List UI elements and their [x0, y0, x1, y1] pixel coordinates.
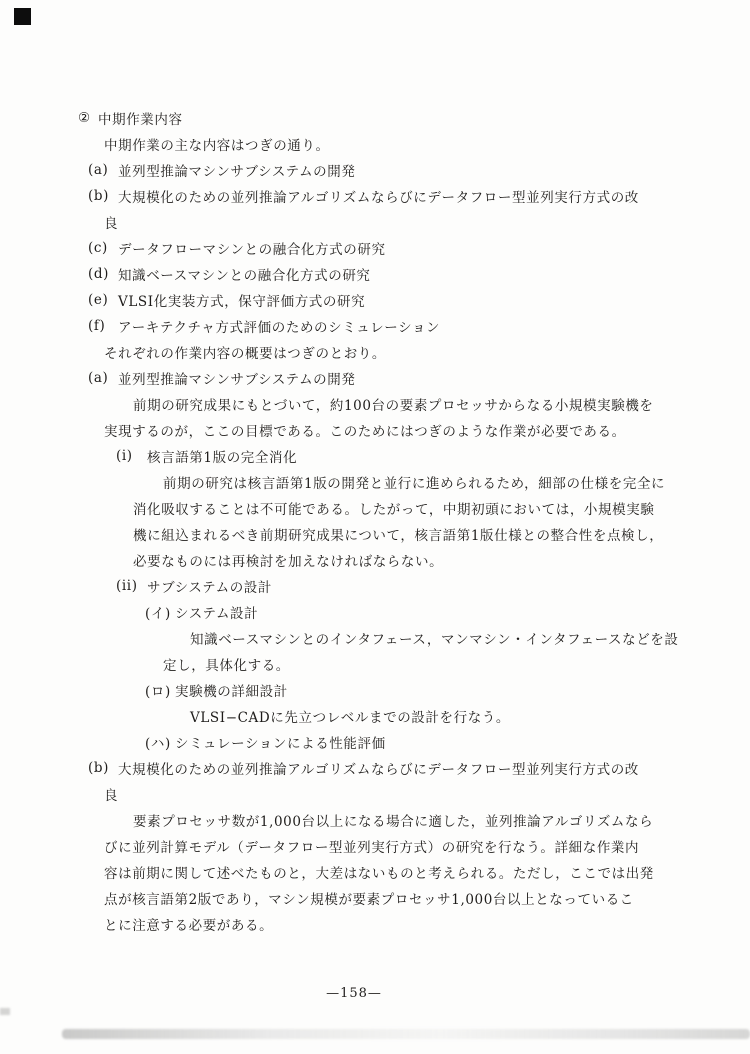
paragraph-line: VLSI−CADに先立つレベルまでの設計を行なう。 [0, 703, 750, 729]
text-line: 良 [0, 781, 750, 807]
list-item: (a) 並列型推論マシンサブシステムの開発 [0, 157, 750, 183]
sub-list-item: (i) 核言語第1版の完全消化 [0, 443, 750, 469]
item-label: (イ) [145, 602, 175, 622]
scan-smudge-bottom [62, 1029, 750, 1039]
item-label: (a) [88, 370, 118, 386]
scan-smudge-left [0, 1008, 10, 1015]
paragraph-line: 容は前期に関して述べたものと，大差はないものと考えられる。ただし，ここでは出発 [0, 859, 750, 885]
list-item: (e) VLSI化実装方式，保守評価方式の研究 [0, 287, 750, 313]
list-item: (a) 並列型推論マシンサブシステムの開発 [0, 365, 750, 391]
sub-sub-list-item: (ロ) 実験機の詳細設計 [0, 677, 750, 703]
paragraph-line: 点が核言語第2版であり，マシン規模が要素プロセッサ1,000台以上となっているこ [0, 885, 750, 911]
scanned-document-page: ② 中期作業内容 中期作業の主な内容はつぎの通り。 (a) 並列型推論マシンサブ… [0, 0, 750, 1054]
page-number: —158— [0, 986, 729, 1001]
item-label: (f) [88, 318, 118, 334]
paragraph-line: 必要なものには再検討を加えなければならない。 [0, 547, 750, 573]
paragraph-line: びに並列計算モデル（データフロー型並列実行方式）の研究を行なう。詳細な作業内 [0, 833, 750, 859]
paragraph-line: とに注意する必要がある。 [0, 911, 750, 937]
item-label: (b) [88, 188, 118, 204]
item-label: (a) [88, 162, 118, 178]
item-label: (ii) [116, 578, 147, 594]
list-item: (b) 大規模化のための並列推論アルゴリズムならびにデータフロー型並列実行方式の… [0, 183, 750, 209]
text-line: 中期作業の主な内容はつぎの通り。 [0, 131, 750, 157]
sub-sub-list-item: (ハ) シミュレーションによる性能評価 [0, 729, 750, 755]
paragraph-line: 消化吸収することは不可能である。したがって，中期初頭においては，小規模実験 [0, 495, 750, 521]
list-item: (f) アーキテクチャ方式評価のためのシミュレーション [0, 313, 750, 339]
document-body: ② 中期作業内容 中期作業の主な内容はつぎの通り。 (a) 並列型推論マシンサブ… [0, 0, 750, 937]
text-line: それぞれの作業内容の概要はつぎのとおり。 [0, 339, 750, 365]
paragraph-line: 定し，具体化する。 [0, 651, 750, 677]
list-item: (b) 大規模化のための並列推論アルゴリズムならびにデータフロー型並列実行方式の… [0, 755, 750, 781]
paragraph-line: 知識ベースマシンとのインタフェース，マンマシン・インタフェースなどを設 [0, 625, 750, 651]
item-label: (d) [88, 266, 118, 282]
scan-corner-mark [14, 8, 31, 25]
sub-sub-list-item: (イ) システム設計 [0, 599, 750, 625]
paragraph-line: 前期の研究成果にもとづいて，約100台の要素プロセッサからなる小規模実験機を [0, 391, 750, 417]
list-item: (d) 知識ベースマシンとの融合化方式の研究 [0, 261, 750, 287]
item-label: (c) [88, 240, 118, 256]
section-title: 中期作業内容 [98, 108, 183, 128]
item-label: (ロ) [145, 680, 175, 700]
list-item: (c) データフローマシンとの融合化方式の研究 [0, 235, 750, 261]
item-label: (ハ) [145, 732, 175, 752]
text-line: 良 [0, 209, 750, 235]
paragraph-line: 要素プロセッサ数が1,000台以上になる場合に適した，並列推論アルゴリズムなら [0, 807, 750, 833]
item-label: (i) [116, 448, 147, 464]
item-label: (b) [88, 760, 118, 776]
section-heading: ② 中期作業内容 [0, 105, 750, 131]
section-number: ② [78, 110, 98, 126]
sub-list-item: (ii) サブシステムの設計 [0, 573, 750, 599]
paragraph-line: 機に組込まれるべき前期研究成果について，核言語第1版仕様との整合性を点検し， [0, 521, 750, 547]
item-label: (e) [88, 292, 118, 308]
paragraph-line: 前期の研究は核言語第1版の開発と並行に進められるため，細部の仕様を完全に [0, 469, 750, 495]
paragraph-line: 実現するのが，ここの目標である。このためにはつぎのような作業が必要である。 [0, 417, 750, 443]
